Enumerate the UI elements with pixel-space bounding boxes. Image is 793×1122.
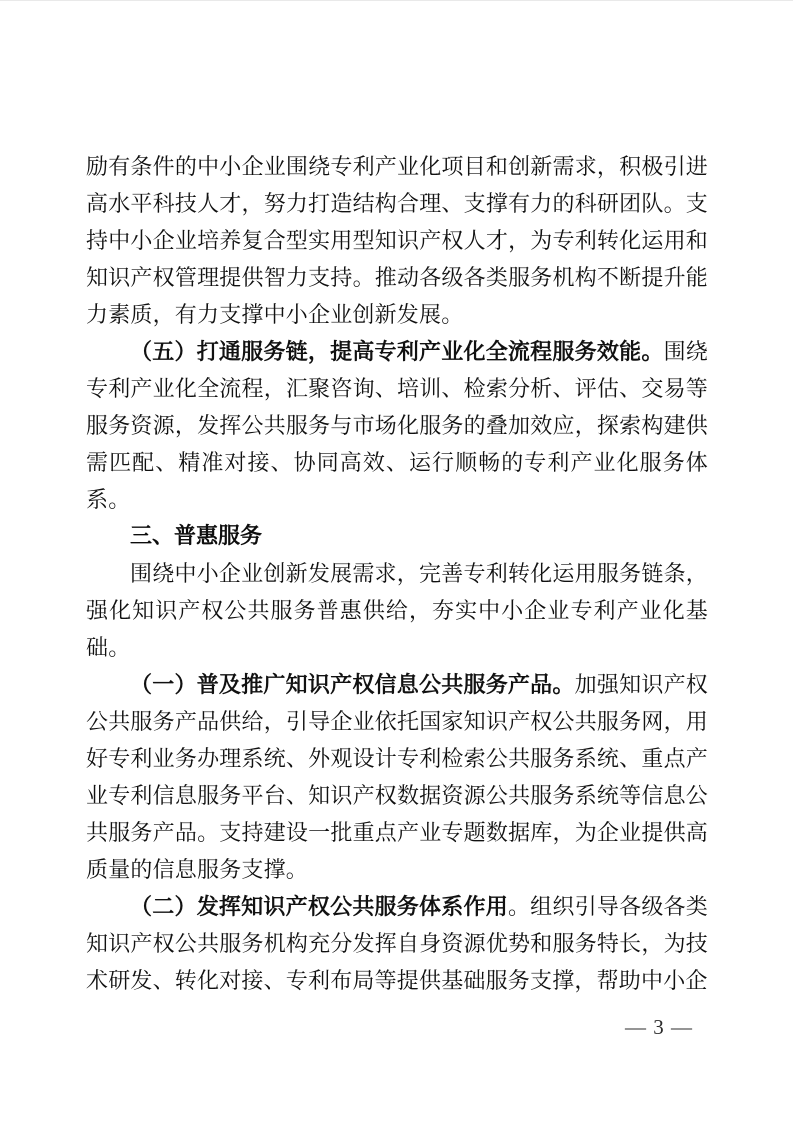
section-heading-3: 三、普惠服务 [86,518,708,555]
paragraph-section-intro: 围绕中小企业创新发展需求，完善专利转化运用服务链条，强化知识产权公共服务普惠供给… [86,555,708,666]
paragraph-text: 围绕中小企业创新发展需求，完善专利转化运用服务链条，强化知识产权公共服务普惠供给… [86,561,708,660]
paragraph-text: 励有条件的中小企业围绕专利产业化项目和创新需求，积极引进高水平科技人才，努力打造… [86,154,708,327]
paragraph-text: 围绕专利产业化全流程，汇聚咨询、培训、检索分析、评估、交易等服务资源，发挥公共服… [86,339,708,512]
paragraph-bold-lead: （一）普及推广知识产权信息公共服务产品。 [130,672,575,697]
paragraph-bold-lead: （五）打通服务链，提高专利产业化全流程服务效能。 [130,339,664,364]
document-page: 励有条件的中小企业围绕专利产业化项目和创新需求，积极引进高水平科技人才，努力打造… [0,0,793,1122]
paragraph-item-1: （一）普及推广知识产权信息公共服务产品。加强知识产权公共服务产品供给，引导企业依… [86,666,708,888]
paragraph-item-2: （二）发挥知识产权公共服务体系作用。组织引导各级各类知识产权公共服务机构充分发挥… [86,888,708,999]
paragraph-bold-lead: （二）发挥知识产权公共服务体系作用 [130,894,508,919]
paragraph-continued: 励有条件的中小企业围绕专利产业化项目和创新需求，积极引进高水平科技人才，努力打造… [86,148,708,333]
text-content: 励有条件的中小企业围绕专利产业化项目和创新需求，积极引进高水平科技人才，努力打造… [86,148,708,999]
page-number: — 3 — [625,1013,693,1041]
paragraph-text: 加强知识产权公共服务产品供给，引导企业依托国家知识产权公共服务网，用好专利业务办… [86,672,708,882]
paragraph-item-5: （五）打通服务链，提高专利产业化全流程服务效能。围绕专利产业化全流程，汇聚咨询、… [86,333,708,518]
